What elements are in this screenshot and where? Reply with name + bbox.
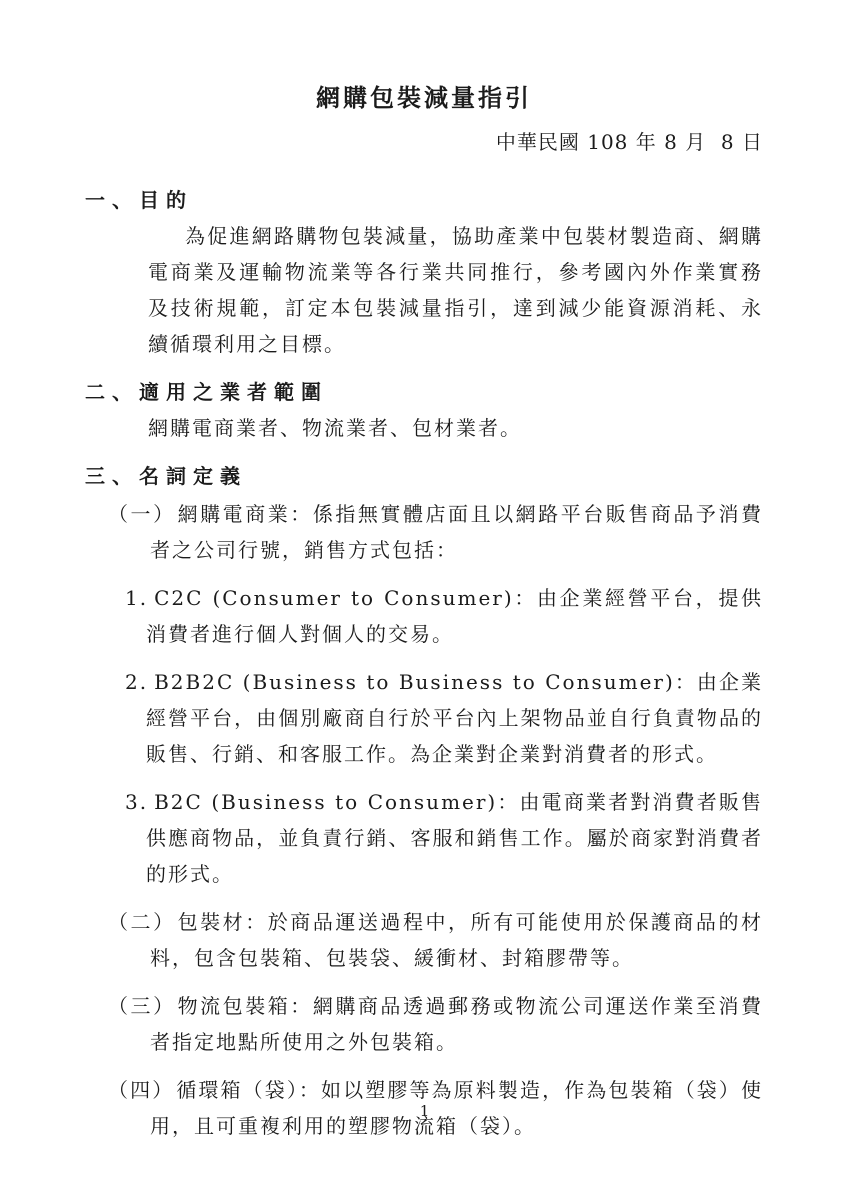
subitem-body: C2C (Consumer to Consumer)：由企業經營平台，提供消費者… [146, 586, 763, 646]
section-scope: 二、適用之業者範圍 網購電商業者、物流業者、包材業者。 [85, 374, 763, 446]
definition-item-packaging-material: （二）包裝材：於商品運送過程中，所有可能使用於保護商品的材料，包含包裝箱、包裝袋… [85, 904, 763, 976]
subitem-number: 2. [125, 670, 148, 694]
definition-text: （二）包裝材：於商品運送過程中，所有可能使用於保護商品的材料，包含包裝箱、包裝袋… [150, 904, 763, 976]
definition-body: 網購電商業：係指無實體店面且以網路平台販售商品予消費者之公司行號，銷售方式包括： [150, 502, 763, 562]
section-scope-heading: 二、適用之業者範圍 [85, 374, 763, 410]
definition-text: （三）物流包裝箱：網購商品透過郵務或物流公司運送作業至消費者指定地點所使用之外包… [150, 988, 763, 1060]
section-purpose-body: 為促進網路購物包裝減量，協助產業中包裝材製造商、網購電商業及運輸物流業等各行業共… [148, 218, 763, 362]
subitem-number: 1. [125, 586, 148, 610]
subitem-body: B2C (Business to Consumer)：由電商業者對消費者販售供應… [146, 790, 763, 886]
definition-subitem-b2b2c: 2.B2B2C (Business to Business to Consume… [146, 664, 763, 772]
section-definitions: 三、名詞定義 （一）網購電商業：係指無實體店面且以網路平台販售商品予消費者之公司… [85, 458, 763, 1144]
definition-label: （二） [108, 910, 176, 934]
section-scope-body: 網購電商業者、物流業者、包材業者。 [148, 410, 763, 446]
section-purpose-heading: 一、目的 [85, 182, 763, 218]
section-purpose: 一、目的 為促進網路購物包裝減量，協助產業中包裝材製造商、網購電商業及運輸物流業… [85, 182, 763, 362]
definition-label: （三） [108, 994, 176, 1018]
definition-body: 物流包裝箱：網購商品透過郵務或物流公司運送作業至消費者指定地點所使用之外包裝箱。 [150, 994, 763, 1054]
document-page: 網購包裝減量指引 中華民國 108 年 8 月 8 日 一、目的 為促進網路購物… [0, 0, 849, 1200]
subitem-body: B2B2C (Business to Business to Consumer)… [146, 670, 763, 766]
document-title: 網購包裝減量指引 [85, 80, 763, 116]
section-definitions-heading: 三、名詞定義 [85, 458, 763, 494]
definition-item-logistics-box: （三）物流包裝箱：網購商品透過郵務或物流公司運送作業至消費者指定地點所使用之外包… [85, 988, 763, 1060]
definition-label: （一） [108, 502, 176, 526]
page-number: 1 [0, 1102, 849, 1120]
definition-item-ecommerce: （一）網購電商業：係指無實體店面且以網路平台販售商品予消費者之公司行號，銷售方式… [85, 496, 763, 892]
definition-text: （一）網購電商業：係指無實體店面且以網路平台販售商品予消費者之公司行號，銷售方式… [150, 496, 763, 568]
definition-subitem-c2c: 1.C2C (Consumer to Consumer)：由企業經營平台，提供消… [146, 580, 763, 652]
definition-subitem-b2c: 3.B2C (Business to Consumer)：由電商業者對消費者販售… [146, 784, 763, 892]
definition-label: （四） [108, 1078, 174, 1102]
definition-body: 包裝材：於商品運送過程中，所有可能使用於保護商品的材料，包含包裝箱、包裝袋、緩衝… [150, 910, 763, 970]
document-date: 中華民國 108 年 8 月 8 日 [85, 124, 763, 160]
subitem-number: 3. [125, 790, 148, 814]
